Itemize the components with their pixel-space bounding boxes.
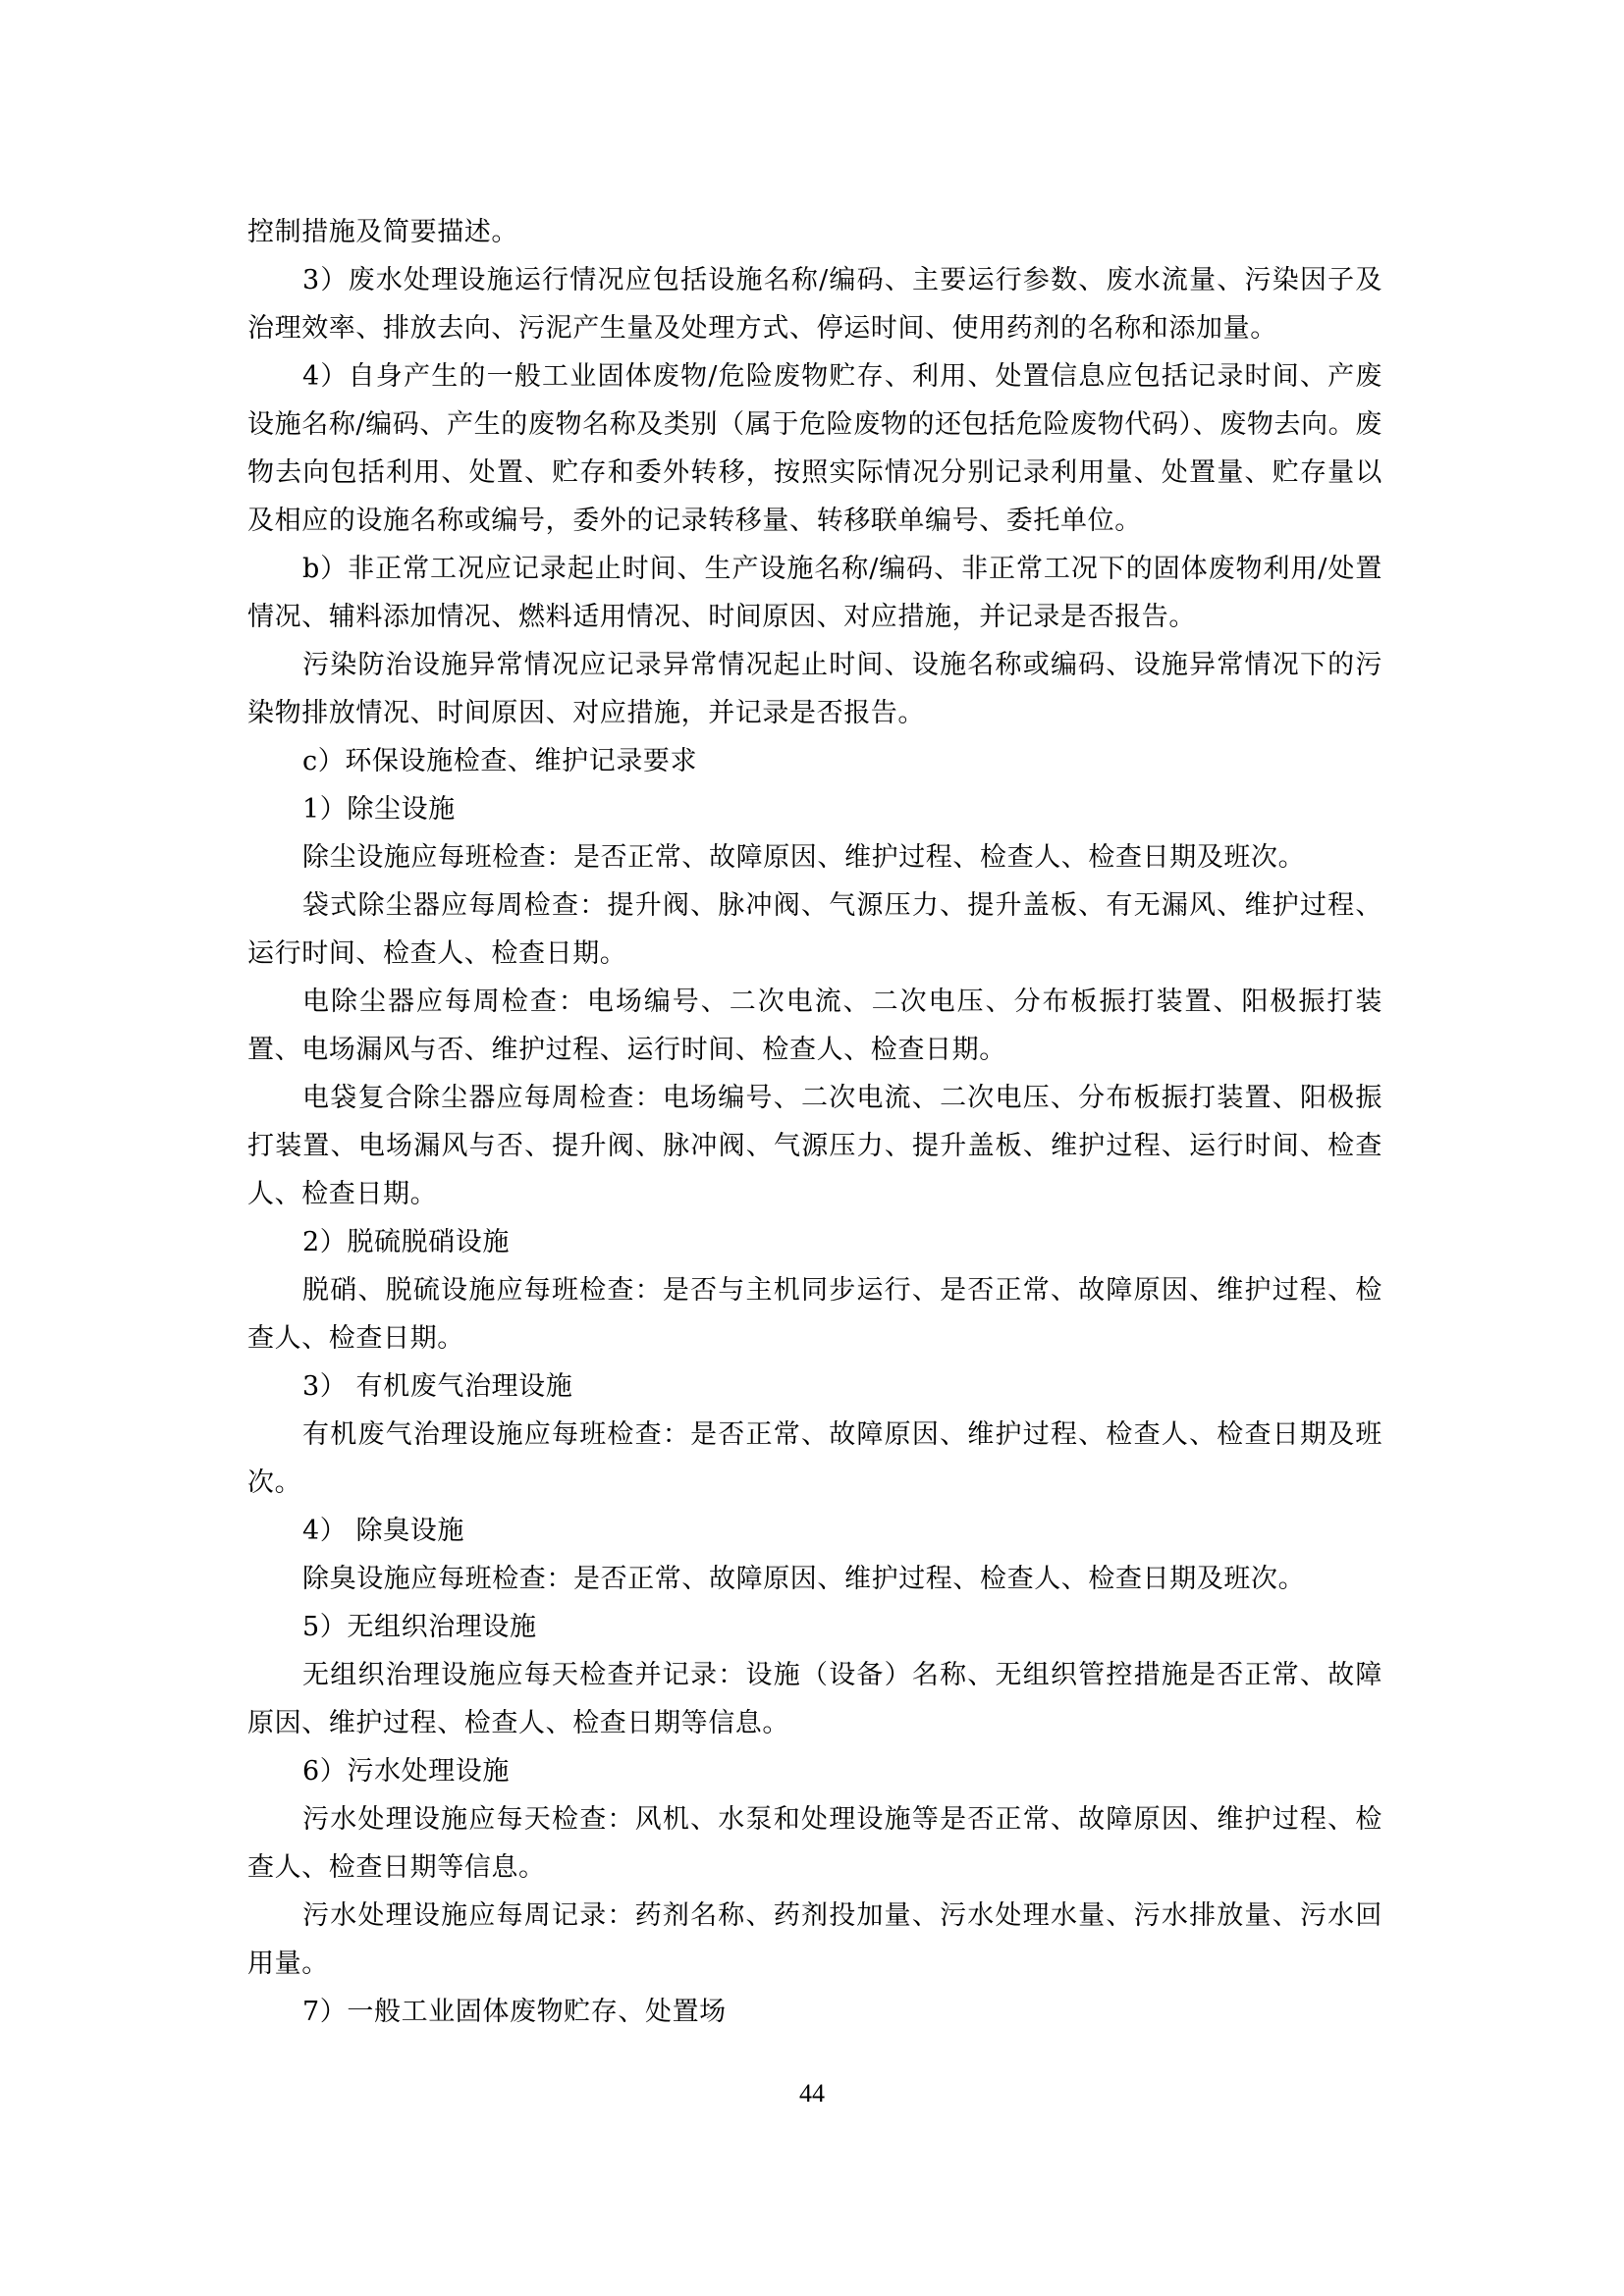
paragraph-desulfurization-shift-check: 脱硝、脱硫设施应每班检查：是否与主机同步运行、是否正常、故障原因、维护过程、检查… — [247, 1266, 1382, 1362]
paragraph-wastewater-facility-operation: 3）废水处理设施运行情况应包括设施名称/编码、主要运行参数、废水流量、污染因子及… — [247, 256, 1382, 352]
paragraph-solid-waste-records: 4）自身产生的一般工业固体废物/危险废物贮存、利用、处置信息应包括记录时间、产废… — [247, 352, 1382, 545]
paragraph-organic-waste-gas-shift-check: 有机废气治理设施应每班检查：是否正常、故障原因、维护过程、检查人、检查日期及班次… — [247, 1411, 1382, 1507]
paragraph-fugitive-emission-daily-check: 无组织治理设施应每天检查并记录：设施（设备）名称、无组织管控措施是否正常、故障原… — [247, 1651, 1382, 1747]
subheading-2-desulfurization-denitrification: 2）脱硫脱硝设施 — [247, 1218, 1382, 1266]
paragraph-bag-filter-weekly-check: 袋式除尘器应每周检查：提升阀、脉冲阀、气源压力、提升盖板、有无漏风、维护过程、运… — [247, 881, 1382, 978]
paragraph-continuation-control-measures: 控制措施及简要描述。 — [247, 208, 1382, 256]
subheading-5-fugitive-emission: 5）无组织治理设施 — [247, 1603, 1382, 1651]
paragraph-electrostatic-precipitator-weekly-check: 电除尘器应每周检查：电场编号、二次电流、二次电压、分布板振打装置、阳极振打装置、… — [247, 978, 1382, 1074]
subheading-1-dust-removal: 1）除尘设施 — [247, 785, 1382, 833]
subheading-6-sewage-treatment: 6）污水处理设施 — [247, 1747, 1382, 1795]
paragraph-pollution-facility-anomalies: 污染防治设施异常情况应记录异常情况起止时间、设施名称或编码、设施异常情况下的污染… — [247, 641, 1382, 737]
paragraph-sewage-weekly-record: 污水处理设施应每周记录：药剂名称、药剂投加量、污水处理水量、污水排放量、污水回用… — [247, 1892, 1382, 1988]
page-number: 44 — [0, 2079, 1624, 2109]
subheading-3-organic-waste-gas: 3） 有机废气治理设施 — [247, 1362, 1382, 1411]
subheading-4-deodorization: 4） 除臭设施 — [247, 1507, 1382, 1555]
paragraph-hybrid-precipitator-weekly-check: 电袋复合除尘器应每周检查：电场编号、二次电流、二次电压、分布板振打装置、阳极振打… — [247, 1074, 1382, 1218]
subheading-7-solid-waste-storage-site: 7）一般工业固体废物贮存、处置场 — [247, 1988, 1382, 2036]
document-page: 控制措施及简要描述。 3）废水处理设施运行情况应包括设施名称/编码、主要运行参数… — [247, 208, 1382, 2036]
paragraph-deodorization-shift-check: 除臭设施应每班检查：是否正常、故障原因、维护过程、检查人、检查日期及班次。 — [247, 1555, 1382, 1603]
paragraph-abnormal-conditions: b）非正常工况应记录起止时间、生产设施名称/编码、非正常工况下的固体废物利用/处… — [247, 545, 1382, 641]
paragraph-sewage-daily-check: 污水处理设施应每天检查：风机、水泵和处理设施等是否正常、故障原因、维护过程、检查… — [247, 1795, 1382, 1892]
section-heading-c-inspection-maintenance: c）环保设施检查、维护记录要求 — [247, 737, 1382, 785]
paragraph-dust-removal-shift-check: 除尘设施应每班检查：是否正常、故障原因、维护过程、检查人、检查日期及班次。 — [247, 833, 1382, 881]
